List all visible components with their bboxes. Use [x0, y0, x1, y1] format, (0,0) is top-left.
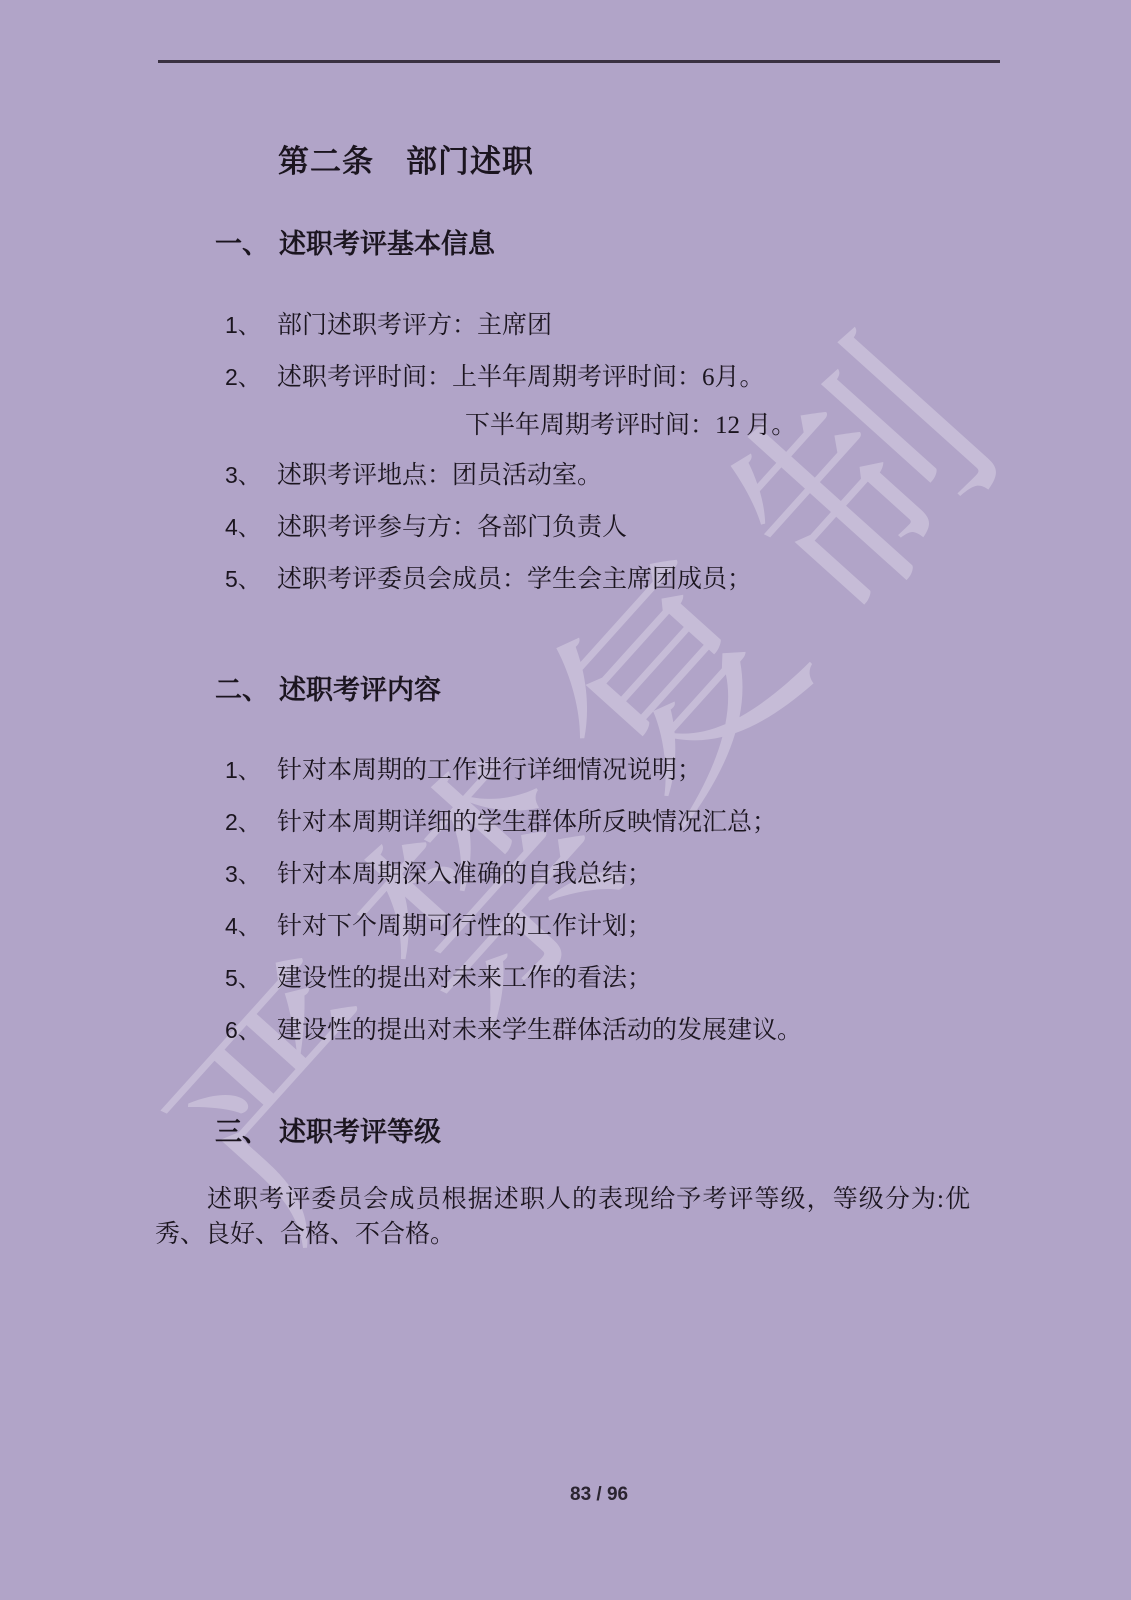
item-number: 2、 — [225, 359, 277, 392]
section-2-item-2: 2、针对本周期详细的学生群体所反映情况汇总； — [225, 802, 777, 838]
section-2-item-5: 5、建设性的提出对未来工作的看法； — [225, 958, 652, 994]
section-2-item-1: 1、针对本周期的工作进行详细情况说明； — [225, 750, 702, 786]
item-number: 5、 — [225, 561, 277, 594]
item-number: 4、 — [225, 509, 277, 542]
item-number: 3、 — [225, 457, 277, 490]
item-text: 针对本周期深入准确的自我总结； — [277, 861, 652, 888]
item-number: 1、 — [225, 307, 277, 340]
section-2-item-3: 3、针对本周期深入准确的自我总结； — [225, 854, 652, 890]
section-1-item-5: 5、述职考评委员会成员：学生会主席团成员； — [225, 559, 752, 595]
section-3-title: 述职考评等级 — [279, 1117, 441, 1147]
section-1-item-1: 1、部门述职考评方：主席团 — [225, 305, 552, 341]
section-1-number: 一、 — [215, 222, 269, 261]
item-number: 2、 — [225, 804, 277, 837]
document-title: 第二条 部门述职 — [278, 136, 534, 181]
item-text: 述职考评时间：上半年周期考评时间：6月。 — [277, 364, 765, 391]
section-3-number: 三、 — [215, 1110, 269, 1149]
section-1-item-4: 4、述职考评参与方：各部门负责人 — [225, 507, 627, 543]
section-2-number: 二、 — [215, 668, 269, 707]
item-text: 建设性的提出对未来学生群体活动的发展建议。 — [277, 1017, 802, 1044]
item-text: 针对下个周期可行性的工作计划； — [277, 913, 652, 940]
document-page: 严禁复制 第二条 部门述职 一、述职考评基本信息 1、部门述职考评方：主席团 2… — [0, 0, 1131, 1600]
item-text: 针对本周期的工作进行详细情况说明； — [277, 757, 702, 784]
section-2-title: 述职考评内容 — [279, 675, 441, 705]
section-2-item-6: 6、建设性的提出对未来学生群体活动的发展建议。 — [225, 1010, 802, 1046]
section-3-paragraph: 述职考评委员会成员根据述职人的表现给予考评等级，等级分为:优秀、良好、合格、不合… — [155, 1182, 970, 1252]
section-1-item-3: 3、述职考评地点：团员活动室。 — [225, 455, 602, 491]
item-number: 1、 — [225, 752, 277, 785]
section-1-heading: 一、述职考评基本信息 — [215, 222, 495, 261]
section-1-item-2: 2、述职考评时间：上半年周期考评时间：6月。 — [225, 357, 765, 393]
item-text: 述职考评参与方：各部门负责人 — [277, 514, 627, 541]
section-3-heading: 三、述职考评等级 — [215, 1110, 441, 1149]
item-text: 建设性的提出对未来工作的看法； — [277, 965, 652, 992]
section-1-item-2-continuation: 下半年周期考评时间：12 月。 — [465, 405, 796, 441]
header-rule — [158, 60, 1000, 63]
item-number: 4、 — [225, 908, 277, 941]
page-number: 83 / 96 — [570, 1484, 628, 1506]
item-text: 部门述职考评方：主席团 — [277, 312, 552, 339]
item-text: 述职考评委员会成员：学生会主席团成员； — [277, 566, 752, 593]
section-1-title: 述职考评基本信息 — [279, 229, 495, 259]
section-2-item-4: 4、针对下个周期可行性的工作计划； — [225, 906, 652, 942]
section-2-heading: 二、述职考评内容 — [215, 668, 441, 707]
item-text: 述职考评地点：团员活动室。 — [277, 462, 602, 489]
item-number: 3、 — [225, 856, 277, 889]
item-number: 6、 — [225, 1012, 277, 1045]
item-text: 针对本周期详细的学生群体所反映情况汇总； — [277, 809, 777, 836]
item-number: 5、 — [225, 960, 277, 993]
